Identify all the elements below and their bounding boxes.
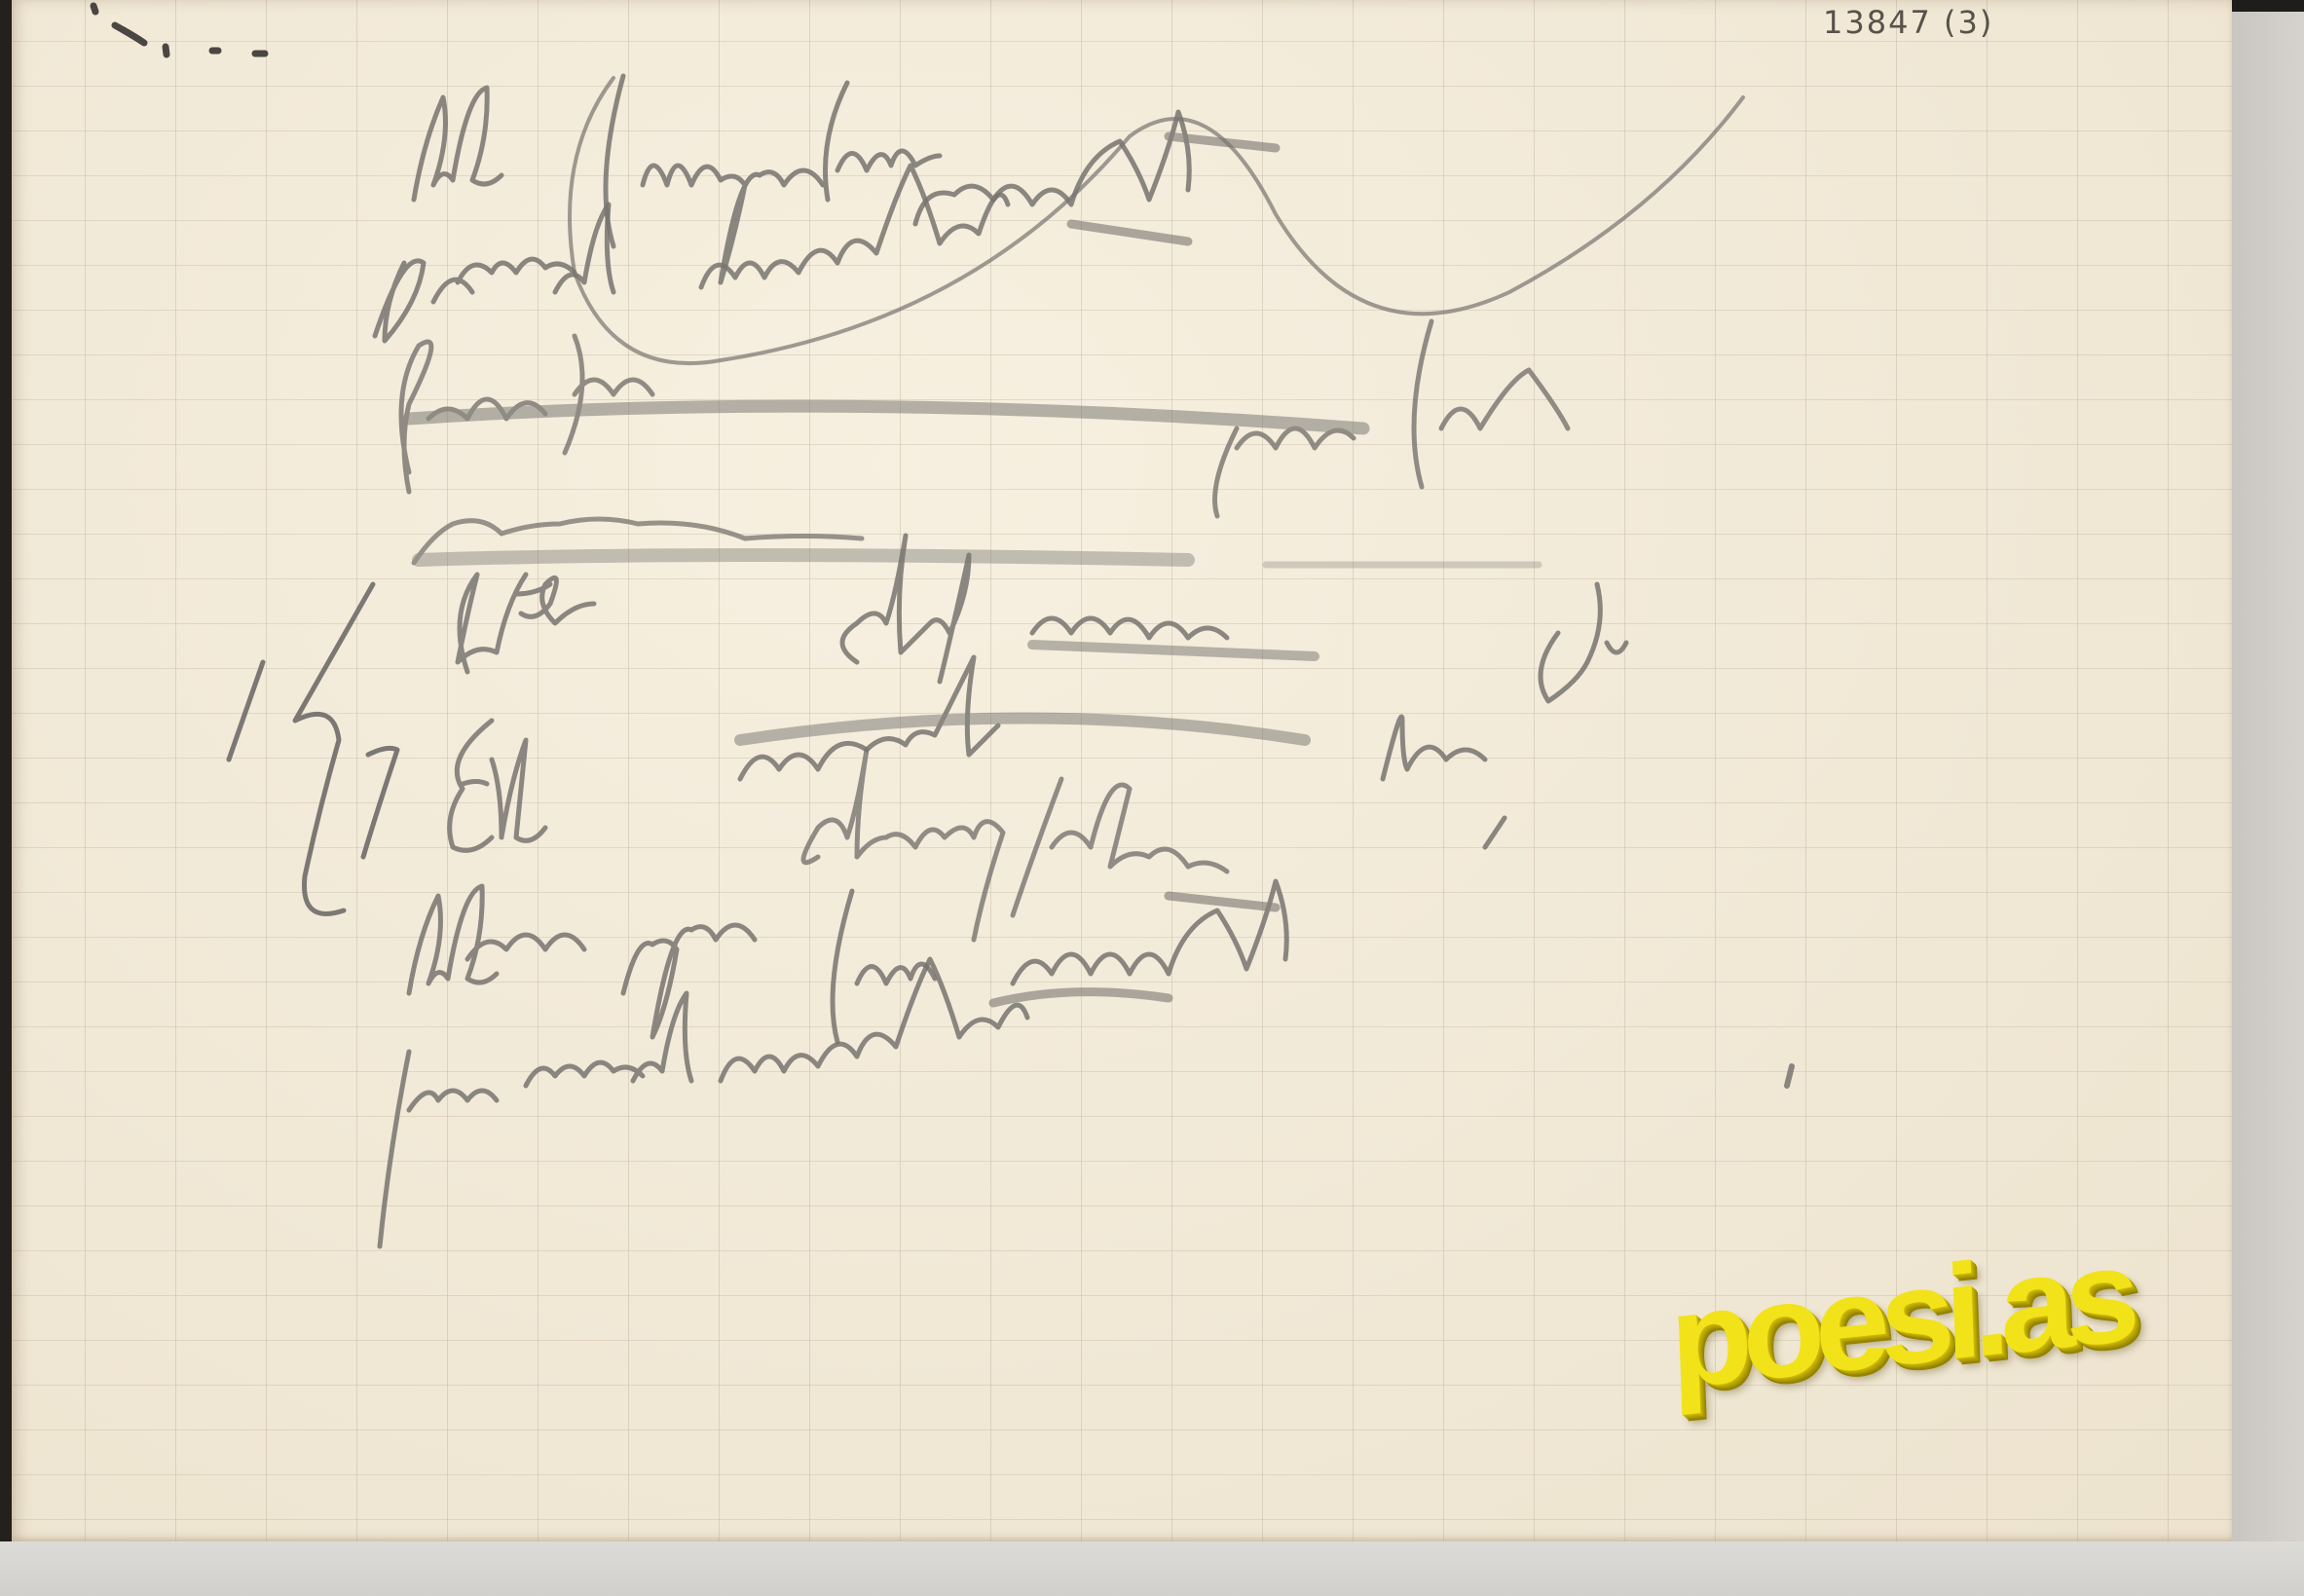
margin-number-seven <box>363 748 397 857</box>
margin-marks <box>229 584 397 913</box>
margin-number-one <box>229 662 263 760</box>
line-6-strokes <box>450 657 1505 850</box>
line-3-strokes <box>401 321 1568 516</box>
line-9-strokes <box>380 959 1792 1246</box>
transposition-loop <box>570 78 1743 363</box>
margin-bracket <box>295 584 373 913</box>
line-2-strokes <box>375 166 1188 341</box>
line-4-strokes <box>414 519 1539 565</box>
line-8-strokes <box>409 881 1286 1042</box>
insertion-strokes <box>803 750 1227 940</box>
corner-marks <box>93 6 265 55</box>
